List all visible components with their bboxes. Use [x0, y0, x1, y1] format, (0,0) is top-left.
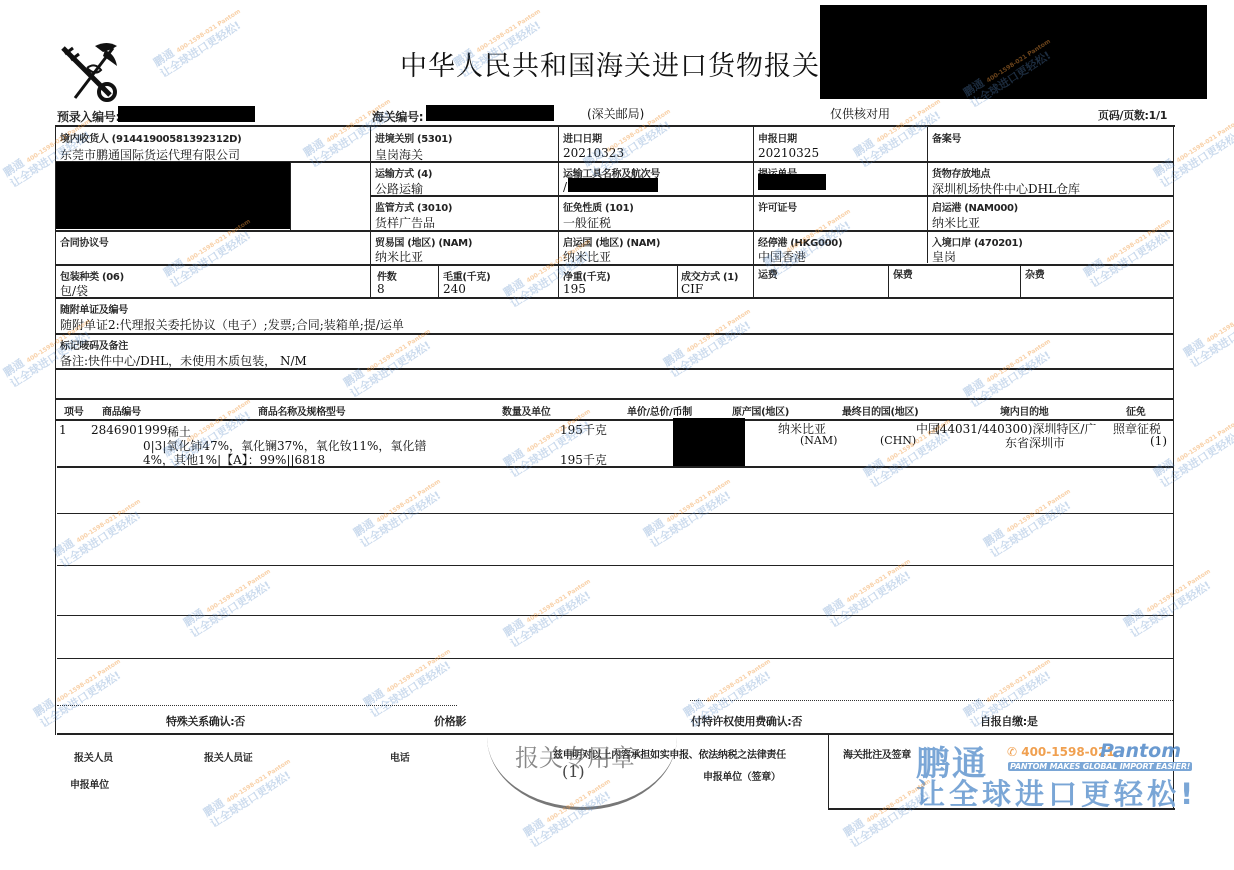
customs-no-redacted: [426, 105, 554, 121]
marks-value: 备注:快件中心/DHL，未使用木质包装， N/M: [60, 352, 307, 369]
levy-value: 一般征税: [563, 214, 611, 231]
customs-note-label: 海关批注及签章: [843, 746, 911, 761]
watermark: 鹏通 400-1598-021 Pantom让全球进口更轻松!: [1082, 215, 1179, 290]
brand-slogan-cn: 让全球进口更轻松!: [916, 772, 1197, 813]
unit-seal-label: 申报单位（签章）: [703, 768, 781, 783]
phone-label: 电话: [390, 749, 410, 764]
item-code: 2846901999: [91, 423, 167, 437]
price-impact-confirm: 价格影: [434, 713, 466, 729]
watermark: 鹏通 400-1598-021 Pantom让全球进口更轻松!: [982, 485, 1079, 560]
transport-mode-value: 公路运输: [375, 180, 423, 197]
misc-fee-label: 杂费: [1025, 266, 1044, 281]
deal-mode-value: CIF: [681, 282, 703, 296]
entry-port-value: 皇岗: [932, 248, 956, 265]
page-info: 页码/页数:1/1: [1098, 107, 1167, 123]
trade-country-label: 贸易国 (地区) (NAM): [375, 234, 472, 249]
supervision-value: 货样广告品: [375, 214, 435, 231]
customs-emblem-icon: [55, 40, 125, 105]
watermark: 鹏通 400-1598-021 Pantom让全球进口更轻松!: [202, 755, 299, 830]
watermark: 鹏通 400-1598-021 Pantom让全球进口更轻松!: [342, 325, 439, 400]
departure-port-value: 纳米比亚: [932, 214, 980, 231]
watermark: 鹏通 400-1598-021 Pantom让全球进口更轻松!: [362, 645, 459, 720]
page-title: 中华人民共和国海关进口货物报关单: [400, 44, 848, 83]
col-domestic-dest: 境内目的地: [1000, 403, 1049, 418]
redacted-barcode: [820, 5, 1207, 99]
vehicle-redacted: [568, 178, 658, 192]
declare-date-label: 申报日期: [758, 130, 797, 145]
storage-value: 深圳机场快件中心DHL仓库: [932, 180, 1080, 197]
transit-port-value: 中国香港: [758, 248, 806, 265]
col-levy: 征免: [1126, 403, 1145, 418]
declaration-stamp: [487, 664, 677, 810]
item-qty-2: 195千克: [560, 451, 607, 468]
col-origin: 原产国(地区): [732, 403, 789, 418]
vehicle-value: /: [563, 180, 567, 194]
watermark: 鹏通 400-1598-021 Pantom让全球进口更轻松!: [182, 565, 279, 640]
declarant-cert-label: 报关人员证: [204, 749, 256, 764]
supervision-label: 监管方式 (3010): [375, 199, 452, 214]
consignee-label: 境内收货人 (91441900581392312D): [60, 130, 241, 145]
gross-weight-label: 毛重(千克): [443, 268, 490, 283]
special-relation-confirm: 特殊关系确认:否: [166, 713, 245, 729]
item-domestic-dest-2: 东省深圳市: [1005, 434, 1065, 451]
import-date-label: 进口日期: [563, 130, 602, 145]
origin-country-value: 纳米比亚: [563, 248, 611, 265]
contract-label: 合同协议号: [60, 234, 109, 249]
brand-name-en: Pantom: [1100, 740, 1181, 762]
gross-weight-value: 240: [443, 282, 466, 296]
package-type-value: 包/袋: [60, 282, 88, 299]
net-weight-label: 净重(千克): [563, 268, 610, 283]
deal-mode-label: 成交方式 (1): [681, 268, 738, 283]
royalty-confirm: 付特许权使用费确认:否: [691, 713, 802, 729]
item-levy-2: (1): [1150, 434, 1167, 448]
entry-customs-label: 进境关别 (5301): [375, 130, 452, 145]
item-price-redacted: [673, 418, 745, 466]
pieces-label: 件数: [377, 268, 396, 283]
insurance-label: 保费: [893, 266, 912, 281]
storage-label: 货物存放地点: [932, 165, 990, 180]
watermark: 鹏通 400-1598-021 Pantom让全球进口更轻松!: [1152, 415, 1234, 490]
col-price: 单价/总价/币制: [627, 403, 692, 418]
col-qty-unit: 数量及单位: [502, 403, 551, 418]
item-dest-country-code: (CHN): [880, 434, 916, 447]
stamp-number: (1): [562, 762, 585, 781]
item-qty-1: 195千克: [560, 421, 607, 438]
origin-country-label: 启运国 (地区) (NAM): [563, 234, 660, 249]
entry-port-label: 入境口岸 (470201): [932, 234, 1022, 249]
transit-port-label: 经停港 (HKG000): [758, 234, 842, 249]
marks-label: 标记唛码及备注: [60, 337, 128, 352]
watermark: 鹏通 400-1598-021 Pantom让全球进口更轻松!: [152, 5, 249, 80]
declare-date-value: 20210325: [758, 146, 819, 160]
self-pay-confirm: 自报自缴:是: [980, 713, 1038, 729]
transport-mode-label: 运输方式 (4): [375, 165, 432, 180]
redacted-block: [56, 162, 290, 229]
license-label: 许可证号: [758, 199, 797, 214]
col-code: 商品编号: [102, 403, 141, 418]
watermark: 鹏通 400-1598-021 Pantom让全球进口更轻松!: [1122, 565, 1219, 640]
brand-slogan-en: PANTOM MAKES GLOBAL IMPORT EASIER!: [1008, 762, 1192, 771]
watermark: 鹏通 400-1598-021 Pantom让全球进口更轻松!: [1182, 295, 1234, 370]
pre-entry-label: 预录入编号:: [57, 108, 120, 125]
customs-office: (深关邮局): [587, 105, 644, 122]
customs-no-label: 海关编号:: [372, 108, 423, 125]
levy-label: 征免性质 (101): [563, 199, 634, 214]
for-check-only: 仅供核对用: [830, 105, 890, 122]
declare-unit-label: 申报单位: [70, 776, 110, 791]
declarant-label: 报关人员: [74, 749, 113, 764]
watermark: 鹏通 400-1598-021 Pantom让全球进口更轻松!: [32, 655, 129, 730]
watermark: 鹏通 400-1598-021 Pantom让全球进口更轻松!: [642, 475, 739, 550]
watermark: 鹏通 400-1598-021 Pantom让全球进口更轻松!: [352, 475, 449, 550]
pre-entry-no-redacted: [118, 106, 255, 122]
trade-country-value: 纳米比亚: [375, 248, 423, 265]
phone-icon: ✆: [1007, 745, 1021, 759]
item-no: 1: [59, 423, 67, 437]
docs-label: 随附单证及编号: [60, 301, 128, 316]
departure-port-label: 启运港 (NAM000): [932, 199, 1018, 214]
consignee-value: 东莞市鹏通国际货运代理有限公司: [60, 146, 240, 163]
col-name-spec: 商品名称及规格型号: [258, 403, 345, 418]
col-dest-country: 最终目的国(地区): [842, 403, 918, 418]
freight-label: 运费: [758, 266, 777, 281]
brand-phone: ✆ 400-1598-021: [1007, 745, 1115, 759]
entry-customs-value: 皇岗海关: [375, 146, 423, 163]
docs-value: 随附单证2:代理报关委托协议（电子）;发票;合同;装箱单;提/运单: [60, 316, 404, 333]
item-origin-code: (NAM): [800, 434, 837, 447]
package-type-label: 包装种类 (06): [60, 268, 124, 283]
bill-no-redacted: [758, 174, 826, 190]
record-no-label: 备案号: [932, 130, 961, 145]
col-item-no: 项号: [64, 403, 83, 418]
import-date-value: 20210323: [563, 146, 624, 160]
net-weight-value: 195: [563, 282, 586, 296]
watermark: 鹏通 400-1598-021 Pantom让全球进口更轻松!: [502, 575, 599, 650]
item-spec-line2: 4%，其他1%|【A】：99%||6818: [143, 451, 325, 468]
pieces-value: 8: [377, 282, 385, 296]
watermark: 鹏通 400-1598-021 Pantom让全球进口更轻松!: [52, 495, 149, 570]
